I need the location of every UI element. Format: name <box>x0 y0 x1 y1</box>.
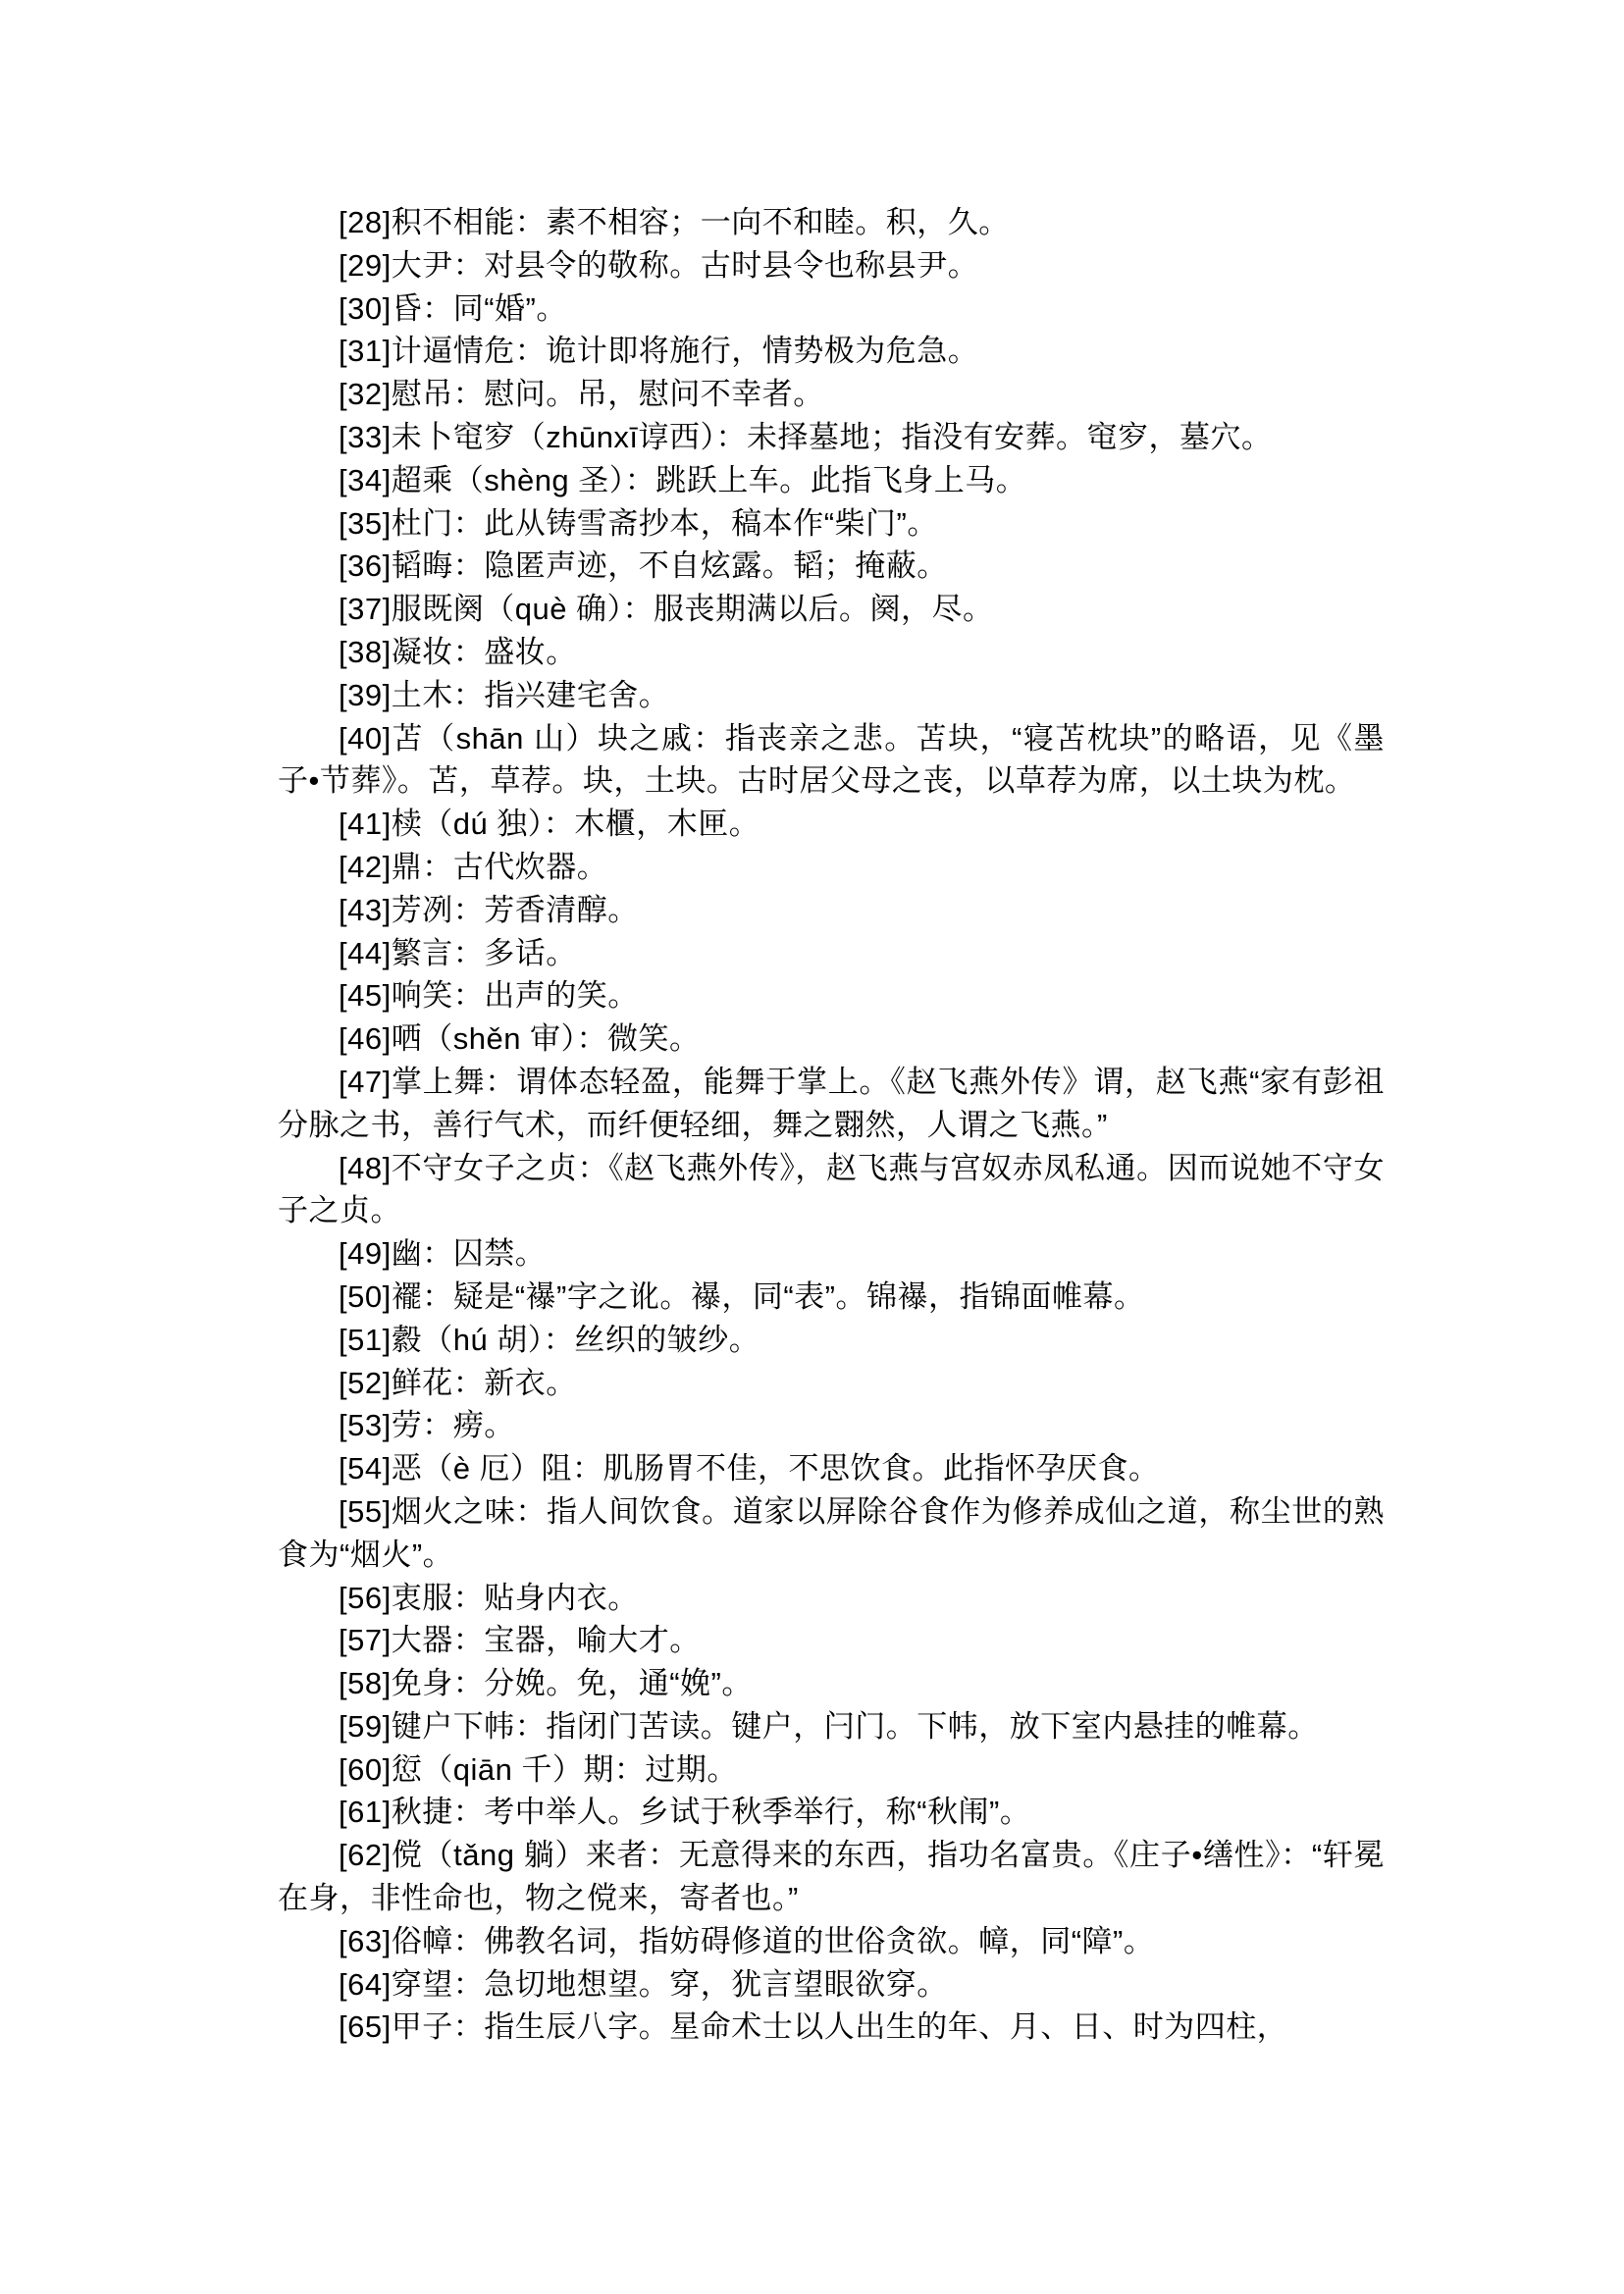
annotation-entry: [34]超乘（shèng 圣）：跳跃上车。此指飞身上马。 <box>278 459 1385 502</box>
annotation-entry: [49]幽：囚禁。 <box>278 1232 1385 1276</box>
annotation-entry: [63]俗幛：佛教名词，指妨碍修道的世俗贪欲。幛，同“障”。 <box>278 1920 1385 1963</box>
annotation-entry: [60]愆（qiān 千）期：过期。 <box>278 1748 1385 1792</box>
annotation-entry: [40]苫（shān 山）块之戚：指丧亲之悲。苫块，“寝苫枕块”的略语，见《墨子… <box>278 717 1385 804</box>
annotation-entry: [53]劳：痨。 <box>278 1404 1385 1447</box>
annotation-entry: [51]縠（hú 胡）：丝织的皱纱。 <box>278 1319 1385 1362</box>
annotation-entry: [54]恶（è 厄）阻：肌肠胃不佳，不思饮食。此指怀孕厌食。 <box>278 1447 1385 1490</box>
annotation-entry: [37]服既阕（què 确）：服丧期满以后。阕，尽。 <box>278 588 1385 631</box>
annotation-entry: [45]响笑：出声的笑。 <box>278 974 1385 1017</box>
annotation-entry: [58]免身：分娩。免，通“娩”。 <box>278 1662 1385 1705</box>
annotation-entry: [59]键户下帏：指闭门苦读。键户，闩门。下帏，放下室内悬挂的帷幕。 <box>278 1705 1385 1748</box>
annotation-entry: [56]衷服：贴身内衣。 <box>278 1577 1385 1620</box>
annotation-entry: [57]大器：宝器，喻大才。 <box>278 1619 1385 1662</box>
annotations-list: [28]积不相能：素不相容；一向不和睦。积，久。[29]大尹：对县令的敬称。古时… <box>278 201 1385 2049</box>
annotation-entry: [50]襬：疑是“襮”字之讹。襮，同“表”。锦襮，指锦面帷幕。 <box>278 1276 1385 1319</box>
annotation-entry: [28]积不相能：素不相容；一向不和睦。积，久。 <box>278 201 1385 244</box>
annotation-entry: [38]凝妆：盛妆。 <box>278 631 1385 674</box>
annotation-entry: [52]鲜花：新衣。 <box>278 1362 1385 1405</box>
annotation-entry: [31]计逼情危：诡计即将施行，情势极为危急。 <box>278 330 1385 373</box>
annotation-entry: [29]大尹：对县令的敬称。古时县令也称县尹。 <box>278 244 1385 287</box>
annotation-entry: [62]傥（tǎng 躺）来者：无意得来的东西，指功名富贵。《庄子•缮性》：“轩… <box>278 1834 1385 1920</box>
annotation-entry: [46]哂（shěn 审）：微笑。 <box>278 1017 1385 1061</box>
annotation-entry: [39]土木：指兴建宅舍。 <box>278 674 1385 717</box>
annotation-entry: [64]穿望：急切地想望。穿，犹言望眼欲穿。 <box>278 1963 1385 2007</box>
annotation-entry: [47]掌上舞：谓体态轻盈，能舞于掌上。《赵飞燕外传》谓，赵飞燕“家有彭祖分脉之… <box>278 1061 1385 1147</box>
annotation-entry: [61]秋捷：考中举人。乡试于秋季举行，称“秋闱”。 <box>278 1791 1385 1834</box>
document-page: [28]积不相能：素不相容；一向不和睦。积，久。[29]大尹：对县令的敬称。古时… <box>0 0 1624 2294</box>
annotation-entry: [30]昏：同“婚”。 <box>278 287 1385 331</box>
annotation-entry: [65]甲子：指生辰八字。星命术士以人出生的年、月、日、时为四柱， <box>278 2006 1385 2049</box>
annotation-entry: [33]未卜窀穸（zhūnxī谆西）：未择墓地；指没有安葬。窀穸，墓穴。 <box>278 416 1385 459</box>
annotation-entry: [44]繁言：多话。 <box>278 932 1385 975</box>
annotation-entry: [41]椟（dú 独）：木櫃，木匣。 <box>278 803 1385 846</box>
annotation-entry: [48]不守女子之贞：《赵飞燕外传》，赵飞燕与宫奴赤凤私通。因而说她不守女子之贞… <box>278 1147 1385 1233</box>
annotation-entry: [36]韬晦：隐匿声迹，不自炫露。韬；掩蔽。 <box>278 545 1385 588</box>
annotation-entry: [43]芳冽：芳香清醇。 <box>278 889 1385 932</box>
annotation-entry: [32]慰吊：慰问。吊，慰问不幸者。 <box>278 373 1385 416</box>
annotation-entry: [42]鼎：古代炊器。 <box>278 846 1385 889</box>
annotation-entry: [55]烟火之味：指人间饮食。道家以屏除谷食作为修养成仙之道，称尘世的熟食为“烟… <box>278 1490 1385 1577</box>
annotation-entry: [35]杜门：此从铸雪斋抄本，稿本作“柴门”。 <box>278 502 1385 546</box>
